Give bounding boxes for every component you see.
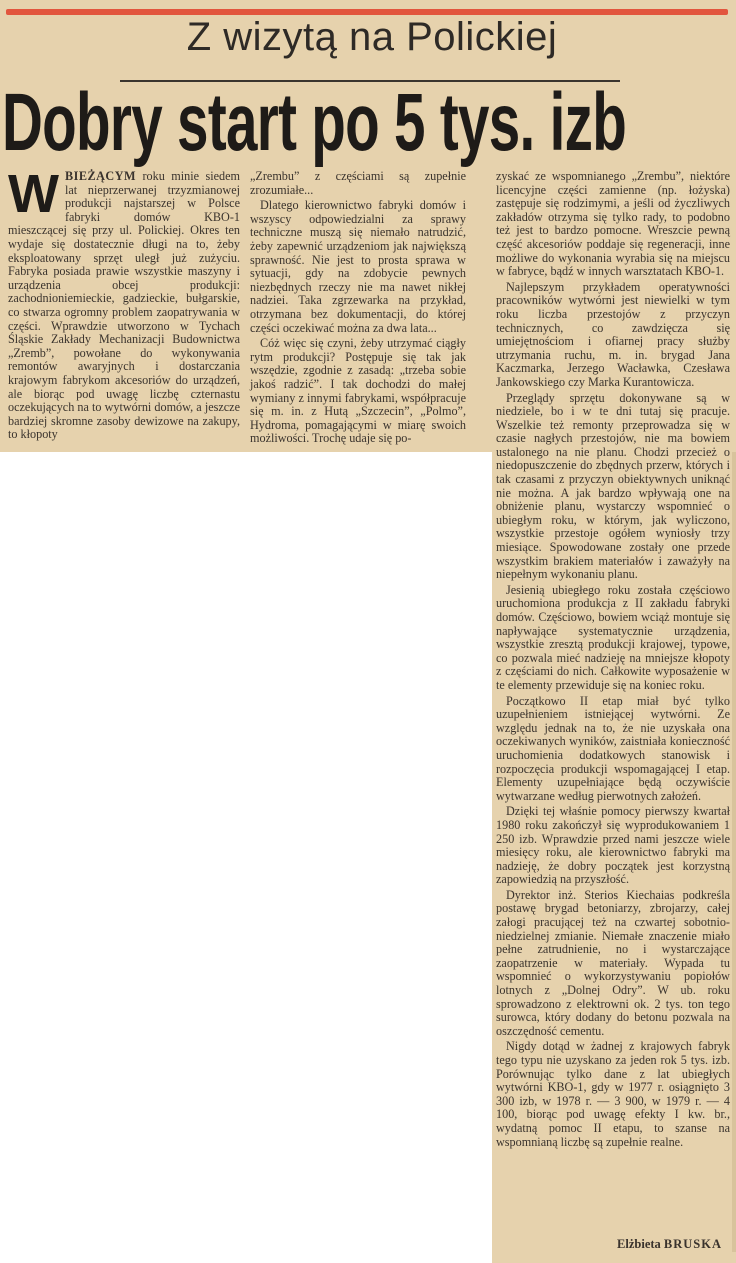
author-surname: BRUSKA [664,1237,722,1251]
article-headline: Dobry start po 5 tys. izb [2,82,507,162]
author-byline: Elżbieta BRUSKA [617,1237,722,1252]
paragraph: Przeglądy sprzętu dokonywane są w niedzi… [496,392,730,582]
column-3: zyskać ze wspomnianego „Zrembu”, niektór… [496,170,730,1149]
paragraph: Cóż więc się czyni, żeby utrzymać ciągły… [250,337,466,446]
paragraph: Najlepszym przykładem operatywności prac… [496,281,730,390]
column-2: „Zrembu” z częściami są zupełnie zrozumi… [250,170,466,446]
paragraph: Dzięki tej właśnie pomocy pierwszy kwart… [496,805,730,887]
paragraph: „Zrembu” z częściami są zupełnie zrozumi… [250,170,466,197]
lead-caps: BIEŻĄCYM [65,169,136,183]
paragraph-lead: WBIEŻĄCYM roku minie siedem lat nieprzer… [8,170,240,442]
drop-cap: W [8,172,59,214]
paragraph: zyskać ze wspomnianego „Zrembu”, niektór… [496,170,730,279]
paragraph: Nigdy dotąd w żadnej z krajowych fabryk … [496,1040,730,1149]
paragraph: Jesienią ubiegłego roku została częściow… [496,584,730,693]
paragraph: Dyrektor inż. Sterios Kiechaias podkreśl… [496,889,730,1039]
column-1: WBIEŻĄCYM roku minie siedem lat nieprzer… [8,170,240,442]
article-kicker: Z wizytą na Polickiej [118,14,626,60]
paragraph: Dlatego kierownictwo fabryki domów i wsz… [250,199,466,335]
clipping-edge-shadow [732,452,736,1252]
paragraph: Początkowo II etap miał być tylko uzupeł… [496,695,730,804]
author-first-name: Elżbieta [617,1237,661,1251]
